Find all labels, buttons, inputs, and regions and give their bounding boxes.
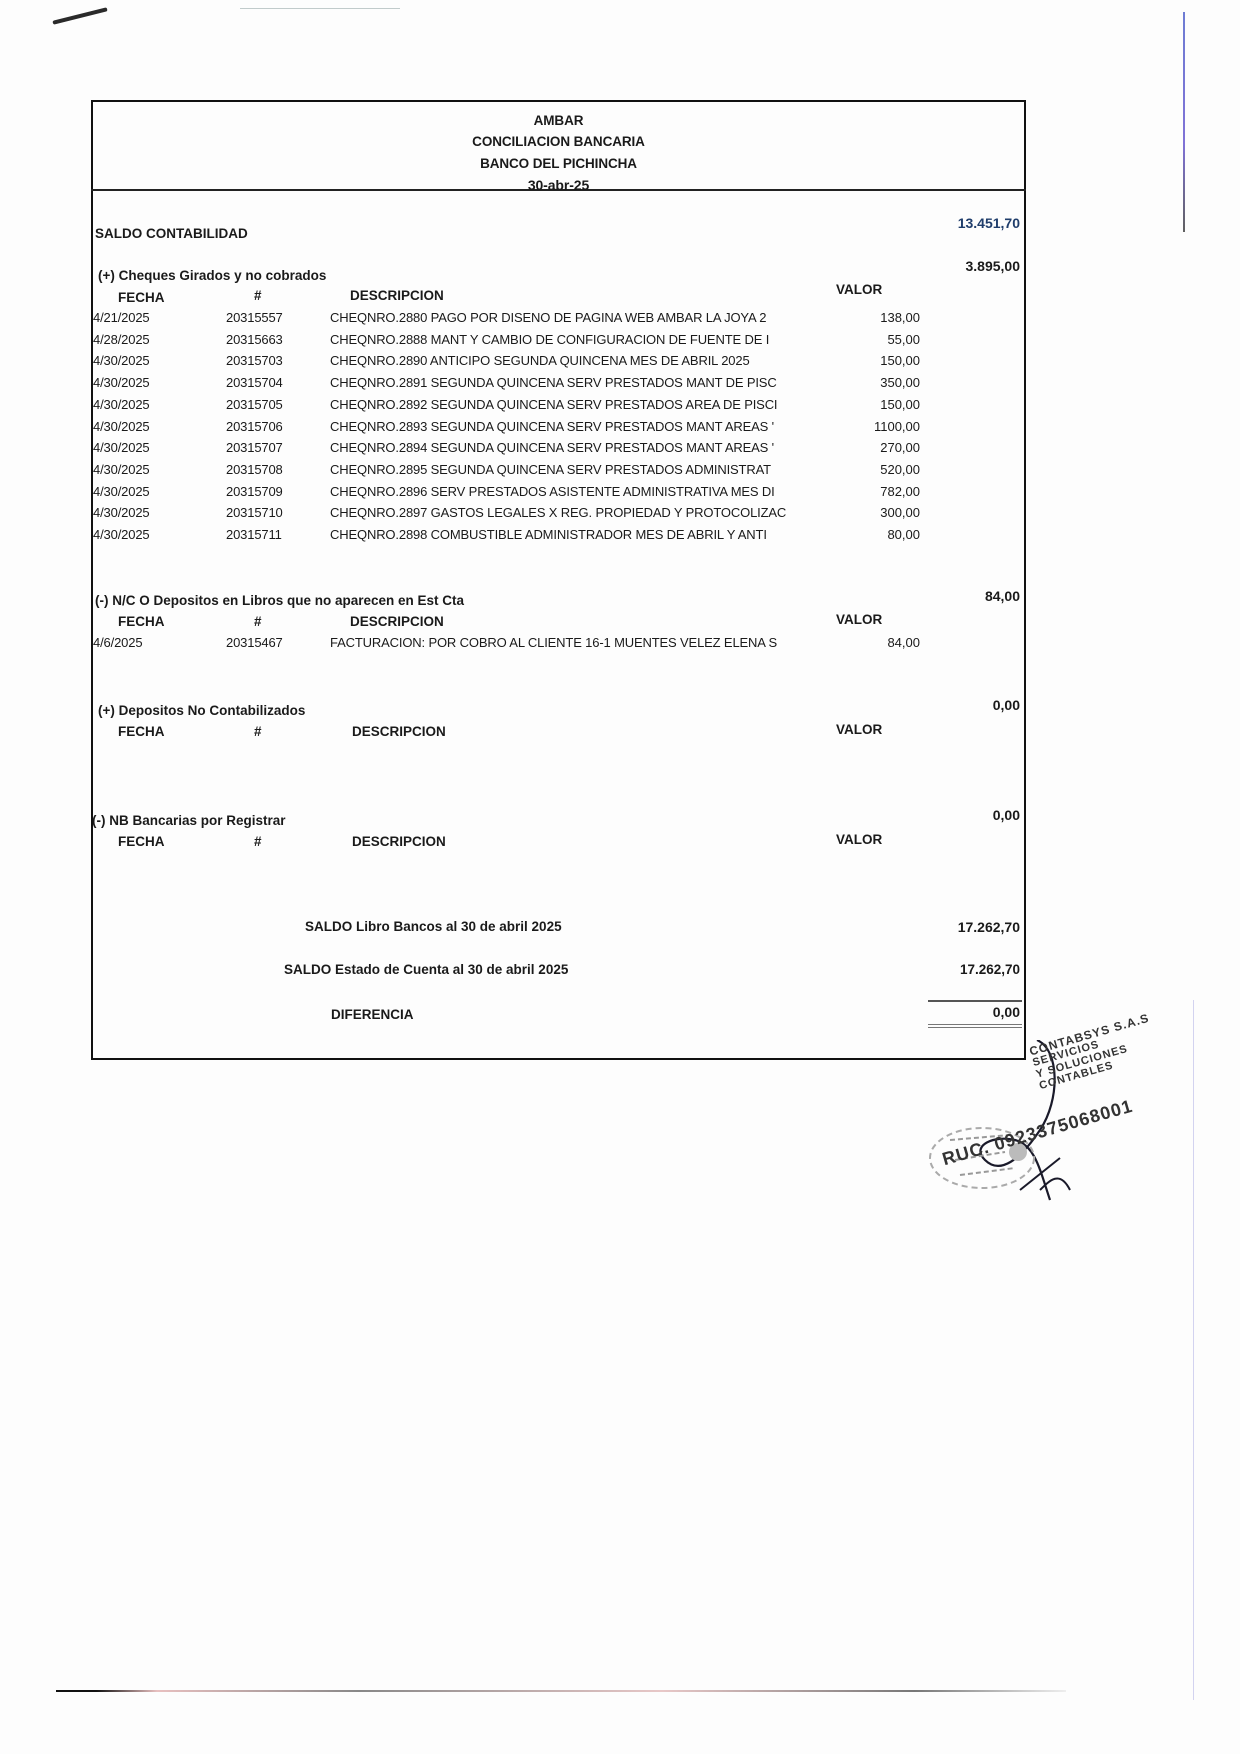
col-descripcion: DESCRIPCION <box>352 724 446 739</box>
saldo-libro-bancos-value: 17.262,70 <box>900 919 1020 935</box>
col-descripcion: DESCRIPCION <box>352 834 446 849</box>
row-number: 20315467 <box>226 635 283 650</box>
diferencia-label: DIFERENCIA <box>331 1007 414 1022</box>
row-date: 4/30/2025 <box>93 484 149 499</box>
table-row: 4/21/202520315557CHEQNRO.2880 PAGO POR D… <box>0 310 1240 330</box>
row-value: 84,00 <box>820 635 920 650</box>
row-value: 55,00 <box>820 332 920 347</box>
scan-line <box>240 8 400 9</box>
row-date: 4/30/2025 <box>93 462 149 477</box>
nc-section-title: (-) N/C O Depositos en Libros que no apa… <box>95 593 464 608</box>
row-number: 20315705 <box>226 397 283 412</box>
row-value: 350,00 <box>820 375 920 390</box>
row-number: 20315707 <box>226 440 283 455</box>
row-description: CHEQNRO.2892 SEGUNDA QUINCENA SERV PREST… <box>330 397 820 412</box>
col-fecha: FECHA <box>118 290 165 305</box>
row-number: 20315663 <box>226 332 283 347</box>
row-number: 20315706 <box>226 419 283 434</box>
col-valor: VALOR <box>836 282 882 297</box>
difference-bottom-rule <box>928 1024 1022 1028</box>
row-description: CHEQNRO.2893 SEGUNDA QUINCENA SERV PREST… <box>330 419 820 434</box>
row-value: 80,00 <box>820 527 920 542</box>
cheques-section-title: (+) Cheques Girados y no cobrados <box>98 268 326 283</box>
row-description: CHEQNRO.2898 COMBUSTIBLE ADMINISTRADOR M… <box>330 527 820 542</box>
col-number: # <box>254 834 262 849</box>
saldo-estado-cuenta-label: SALDO Estado de Cuenta al 30 de abril 20… <box>284 962 568 977</box>
row-number: 20315711 <box>226 527 282 542</box>
depositos-total: 0,00 <box>900 697 1020 713</box>
scan-edge <box>1193 1000 1194 1700</box>
table-row: 4/30/202520315703CHEQNRO.2890 ANTICIPO S… <box>0 353 1240 373</box>
depositos-section-title: (+) Depositos No Contabilizados <box>98 703 305 718</box>
row-date: 4/30/2025 <box>93 505 149 520</box>
row-value: 1100,00 <box>820 419 920 434</box>
scan-edge <box>1183 12 1185 232</box>
col-valor: VALOR <box>836 832 882 847</box>
bank-name: BANCO DEL PICHINCHA <box>91 156 1026 171</box>
depositos-column-headers: FECHA # DESCRIPCION VALOR <box>0 724 1240 744</box>
nb-total: 0,00 <box>900 807 1020 823</box>
row-date: 4/30/2025 <box>93 397 149 412</box>
document-date: 30-abr-25 <box>91 177 1026 193</box>
col-fecha: FECHA <box>118 614 165 629</box>
diferencia-value: 0,00 <box>900 1004 1020 1020</box>
table-row: 4/30/202520315710CHEQNRO.2897 GASTOS LEG… <box>0 505 1240 525</box>
document-title: CONCILIACION BANCARIA <box>91 134 1026 149</box>
row-value: 270,00 <box>820 440 920 455</box>
col-valor: VALOR <box>836 722 882 737</box>
saldo-contabilidad-label: SALDO CONTABILIDAD <box>95 226 248 241</box>
row-number: 20315709 <box>226 484 283 499</box>
company-stamp: CONTABSYS S.A.S SERVICIOS Y SOLUCIONES C… <box>920 1040 1180 1230</box>
row-description: CHEQNRO.2897 GASTOS LEGALES X REG. PROPI… <box>330 505 820 520</box>
saldo-estado-cuenta-value: 17.262,70 <box>900 962 1020 977</box>
table-row: 4/30/202520315705CHEQNRO.2892 SEGUNDA QU… <box>0 397 1240 417</box>
col-valor: VALOR <box>836 612 882 627</box>
row-value: 150,00 <box>820 397 920 412</box>
row-value: 300,00 <box>820 505 920 520</box>
table-row: 4/30/202520315711CHEQNRO.2898 COMBUSTIBL… <box>0 527 1240 547</box>
row-description: CHEQNRO.2891 SEGUNDA QUINCENA SERV PREST… <box>330 375 820 390</box>
nc-total: 84,00 <box>900 588 1020 604</box>
row-date: 4/30/2025 <box>93 375 149 390</box>
row-description: CHEQNRO.2888 MANT Y CAMBIO DE CONFIGURAC… <box>330 332 820 347</box>
row-date: 4/6/2025 <box>93 635 142 650</box>
row-number: 20315557 <box>226 310 283 325</box>
nb-section-title: (-) NB Bancarias por Registrar <box>92 813 286 828</box>
row-date: 4/30/2025 <box>93 440 149 455</box>
col-fecha: FECHA <box>118 724 165 739</box>
row-value: 138,00 <box>820 310 920 325</box>
table-row: 4/30/202520315704CHEQNRO.2891 SEGUNDA QU… <box>0 375 1240 395</box>
cheques-column-headers: FECHA # DESCRIPCION VALOR <box>0 288 1240 308</box>
nc-column-headers: FECHA # DESCRIPCION VALOR <box>0 614 1240 634</box>
col-descripcion: DESCRIPCION <box>350 614 444 629</box>
table-row: 4/30/202520315708CHEQNRO.2895 SEGUNDA QU… <box>0 462 1240 482</box>
table-row: 4/30/202520315709CHEQNRO.2896 SERV PREST… <box>0 484 1240 504</box>
saldo-contabilidad-value: 13.451,70 <box>900 215 1020 231</box>
row-date: 4/21/2025 <box>93 310 149 325</box>
document-frame <box>91 100 1026 1060</box>
difference-top-rule <box>928 1000 1022 1002</box>
row-value: 782,00 <box>820 484 920 499</box>
row-date: 4/30/2025 <box>93 353 149 368</box>
row-number: 20315703 <box>226 353 283 368</box>
nb-column-headers: FECHA # DESCRIPCION VALOR <box>0 834 1240 854</box>
table-row: 4/6/202520315467FACTURACION: POR COBRO A… <box>0 635 1240 655</box>
col-descripcion: DESCRIPCION <box>350 288 444 303</box>
row-value: 150,00 <box>820 353 920 368</box>
row-description: CHEQNRO.2896 SERV PRESTADOS ASISTENTE AD… <box>330 484 820 499</box>
row-number: 20315704 <box>226 375 283 390</box>
col-number: # <box>254 614 262 629</box>
row-date: 4/30/2025 <box>93 419 149 434</box>
row-value: 520,00 <box>820 462 920 477</box>
saldo-libro-bancos-label: SALDO Libro Bancos al 30 de abril 2025 <box>305 919 562 934</box>
row-description: FACTURACION: POR COBRO AL CLIENTE 16-1 M… <box>330 635 820 650</box>
scan-line <box>56 1690 1066 1692</box>
table-row: 4/30/202520315707CHEQNRO.2894 SEGUNDA QU… <box>0 440 1240 460</box>
cheques-total: 3.895,00 <box>900 258 1020 274</box>
row-number: 20315708 <box>226 462 283 477</box>
row-date: 4/30/2025 <box>93 527 149 542</box>
row-description: CHEQNRO.2895 SEGUNDA QUINCENA SERV PREST… <box>330 462 820 477</box>
table-row: 4/30/202520315706CHEQNRO.2893 SEGUNDA QU… <box>0 419 1240 439</box>
company-name: AMBAR <box>91 113 1026 128</box>
col-number: # <box>254 288 262 303</box>
col-number: # <box>254 724 262 739</box>
table-row: 4/28/202520315663CHEQNRO.2888 MANT Y CAM… <box>0 332 1240 352</box>
row-date: 4/28/2025 <box>93 332 149 347</box>
col-fecha: FECHA <box>118 834 165 849</box>
row-description: CHEQNRO.2880 PAGO POR DISENO DE PAGINA W… <box>330 310 820 325</box>
row-number: 20315710 <box>226 505 283 520</box>
row-description: CHEQNRO.2894 SEGUNDA QUINCENA SERV PREST… <box>330 440 820 455</box>
row-description: CHEQNRO.2890 ANTICIPO SEGUNDA QUINCENA M… <box>330 353 820 368</box>
scan-mark <box>52 7 107 24</box>
